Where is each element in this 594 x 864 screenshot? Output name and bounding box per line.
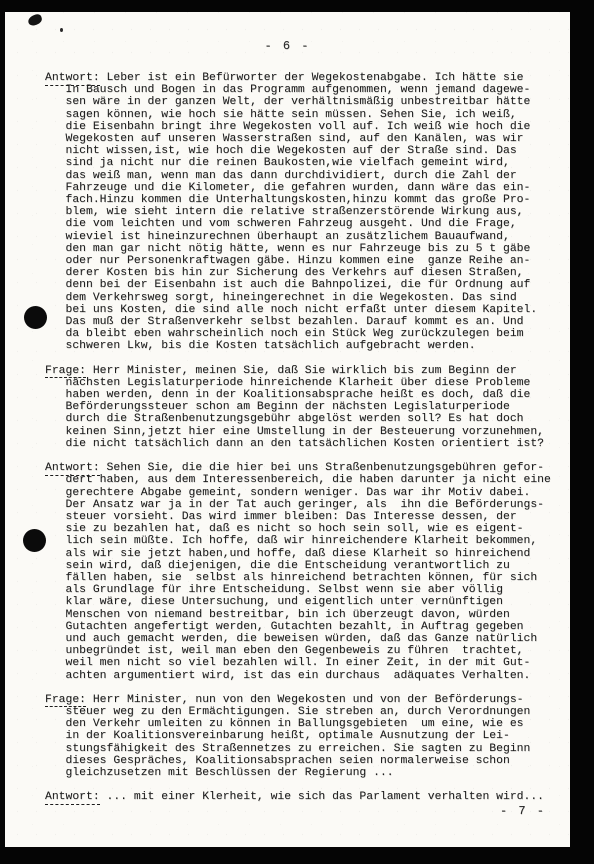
- qa-paragraph-answer-3: Antwort: ... mit einer Klerheit, wie sic…: [45, 791, 560, 803]
- paragraph-text: Herr Minister, meinen Sie, daß Sie wirkl…: [45, 365, 544, 450]
- hole-punch-mark-bottom: [23, 529, 46, 552]
- document-page: - 6 - Antwort: Leber ist ein Befürworter…: [5, 12, 570, 847]
- ink-speck: [60, 28, 63, 32]
- hole-punch-mark-top: [24, 306, 47, 329]
- page-content: Antwort: Leber ist ein Befürworter der W…: [5, 72, 570, 818]
- paragraph-text: Herr Minister, nun von den Wegekosten un…: [45, 694, 530, 779]
- qa-paragraph-answer-1: Antwort: Leber ist ein Befürworter der W…: [45, 72, 560, 353]
- qa-paragraph-question-2: Frage: Herr Minister, nun von den Wegeko…: [45, 694, 560, 779]
- paragraph-text: Sehen Sie, die die hier bei uns Straßenb…: [45, 462, 551, 681]
- qa-paragraph-question-1: Frage: Herr Minister, meinen Sie, daß Si…: [45, 365, 560, 450]
- page-number-header: - 6 -: [5, 39, 570, 53]
- qa-paragraph-answer-2: Antwort: Sehen Sie, die die hier bei uns…: [45, 462, 560, 682]
- paragraph-text: ... mit einer Klerheit, wie sich das Par…: [100, 791, 544, 803]
- scan-background: - 6 - Antwort: Leber ist ein Befürworter…: [0, 0, 594, 864]
- page-number-footer: - 7 -: [45, 804, 560, 818]
- ink-smudge: [27, 13, 43, 27]
- paragraph-text: Leber ist ein Befürworter der Wegekosten…: [45, 72, 537, 352]
- speaker-label-answer: Antwort:: [45, 791, 100, 805]
